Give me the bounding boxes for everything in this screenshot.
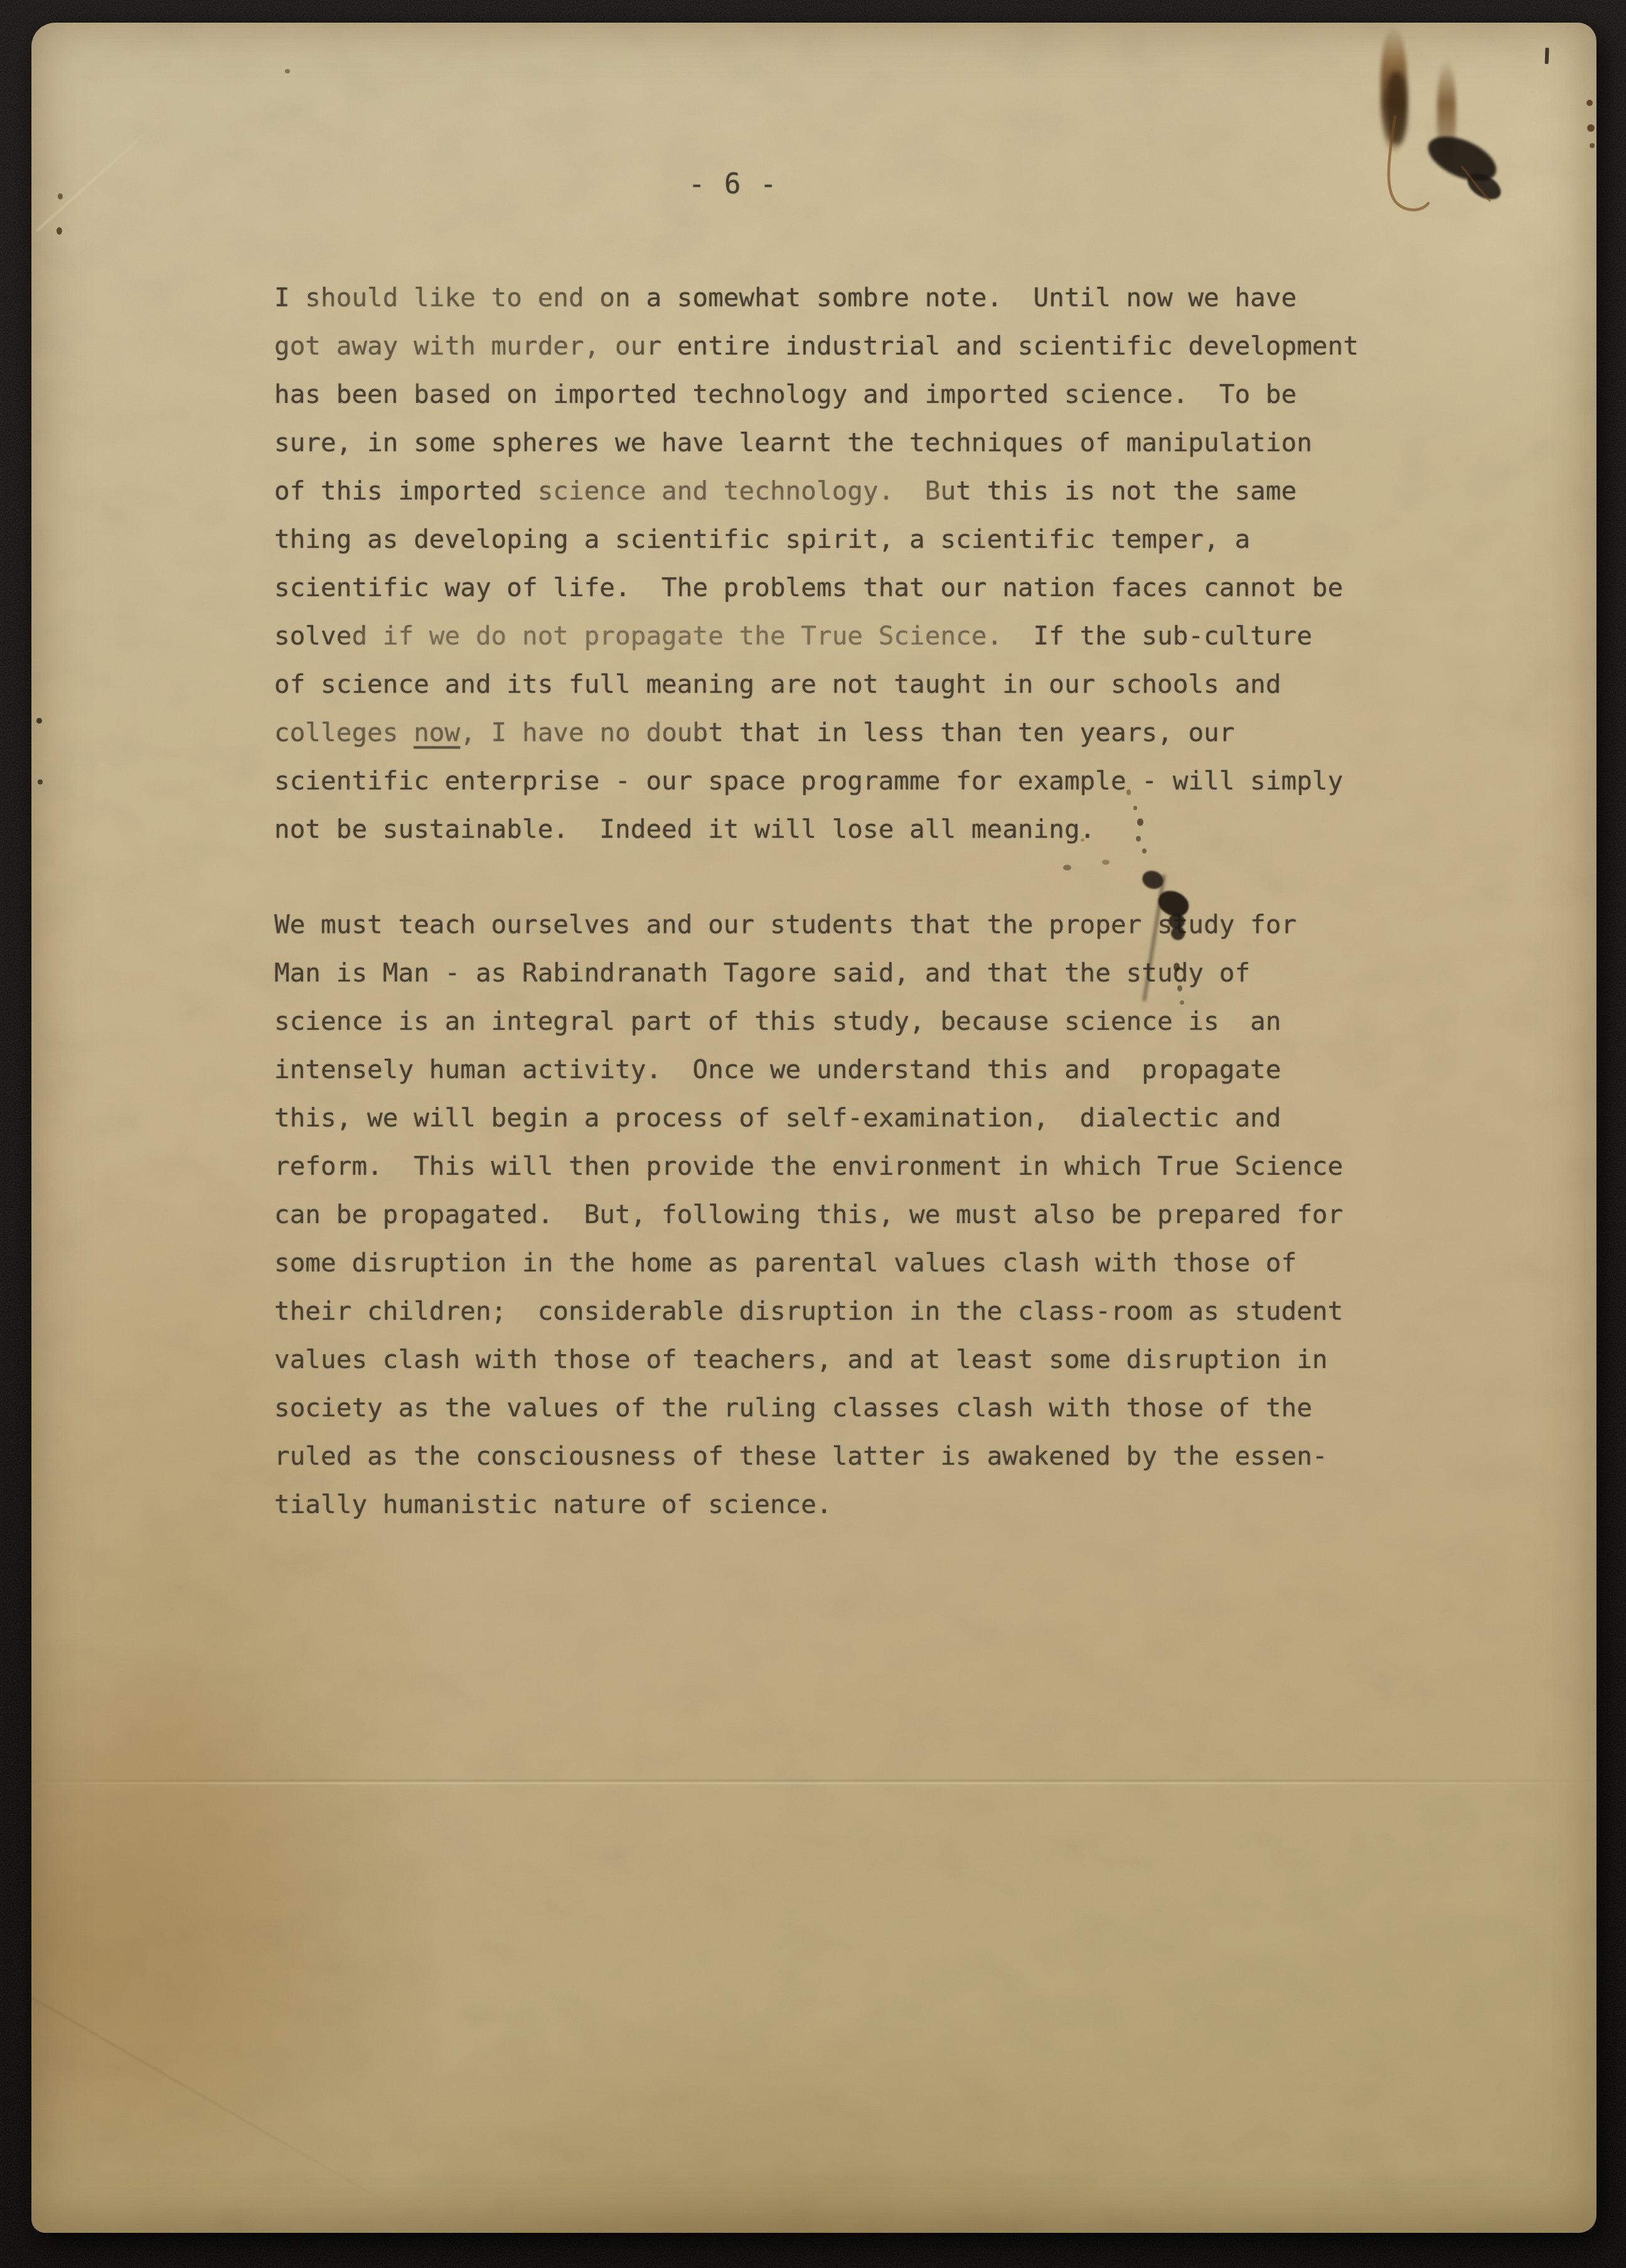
stitch-hole — [38, 779, 43, 784]
paper-speck — [56, 227, 62, 235]
text-line: Man is Man - as Rabindranath Tagore said… — [274, 949, 1441, 997]
paragraph-2: We must teach ourselves and our students… — [274, 901, 1441, 1529]
text-line: ruled as the consciousness of these latt… — [274, 1432, 1441, 1480]
text-line: scientific enterprise - our space progra… — [274, 757, 1441, 805]
text-line: reform. This will then provide the envir… — [274, 1142, 1441, 1190]
rust-streak-core — [1386, 72, 1407, 144]
text-line: society as the values of the ruling clas… — [274, 1384, 1441, 1432]
text-line: values clash with those of teachers, and… — [274, 1335, 1441, 1384]
text-line: some disruption in the home as parental … — [274, 1239, 1441, 1287]
stitch-hole — [36, 718, 42, 724]
horizontal-fold-crease — [31, 1780, 1597, 1782]
paragraph-1-lines-top: I should like to end on a somewhat sombr… — [274, 274, 1441, 709]
scanner-background: - 6 - I should like to end on a somewhat… — [0, 0, 1626, 2268]
pen-tick-mark — [1545, 48, 1549, 64]
text-line: We must teach ourselves and our students… — [274, 901, 1441, 949]
horizontal-fold-highlight — [31, 1782, 1597, 1784]
corner-fold-crease — [31, 1993, 439, 2233]
document-page: - 6 - I should like to end on a somewhat… — [31, 23, 1597, 2233]
rust-streak — [1437, 62, 1456, 167]
paragraph-1-lines-bottom: scientific enterprise - our space progra… — [274, 757, 1441, 853]
text-line: not be sustainable. Indeed it will lose … — [274, 805, 1441, 853]
text-line: sure, in some spheres we have learnt the… — [274, 419, 1441, 467]
text-line: I should like to end on a somewhat sombr… — [274, 274, 1441, 322]
underline-line-pre: colleges — [274, 717, 414, 747]
text-line: thing as developing a scientific spirit,… — [274, 515, 1441, 564]
text-line: got away with murder, our entire industr… — [274, 322, 1441, 370]
text-line: scientific way of life. The problems tha… — [274, 564, 1441, 612]
paragraph-1: I should like to end on a somewhat sombr… — [274, 274, 1441, 853]
underlined-word-now: now — [414, 717, 460, 747]
top-corner-crease — [36, 104, 178, 232]
text-line: this, we will begin a process of self-ex… — [274, 1094, 1441, 1142]
rust-streak — [1381, 28, 1407, 152]
paper-speck — [285, 69, 290, 73]
ink-blot — [1463, 168, 1505, 205]
typewritten-text-block: - 6 - I should like to end on a somewhat… — [274, 160, 1441, 1529]
text-line: intensely human activity. Once we unders… — [274, 1046, 1441, 1094]
text-line: tially humanistic nature of science. — [274, 1480, 1441, 1529]
text-line: of this imported science and technology.… — [274, 467, 1441, 515]
underline-line-post: , I have no doubt that in less than ten … — [460, 717, 1234, 747]
text-line: their children; considerable disruption … — [274, 1287, 1441, 1335]
text-line-with-underline: colleges now, I have no doubt that in le… — [274, 709, 1441, 757]
paper-speck — [58, 193, 63, 200]
text-line: has been based on imported technology an… — [274, 370, 1441, 419]
text-line: can be propagated. But, following this, … — [274, 1190, 1441, 1239]
text-line: science is an integral part of this stud… — [274, 997, 1441, 1046]
page-number: - 6 - — [688, 160, 1441, 208]
text-line: solved if we do not propagate the True S… — [274, 612, 1441, 660]
text-line: of science and its full meaning are not … — [274, 660, 1441, 709]
